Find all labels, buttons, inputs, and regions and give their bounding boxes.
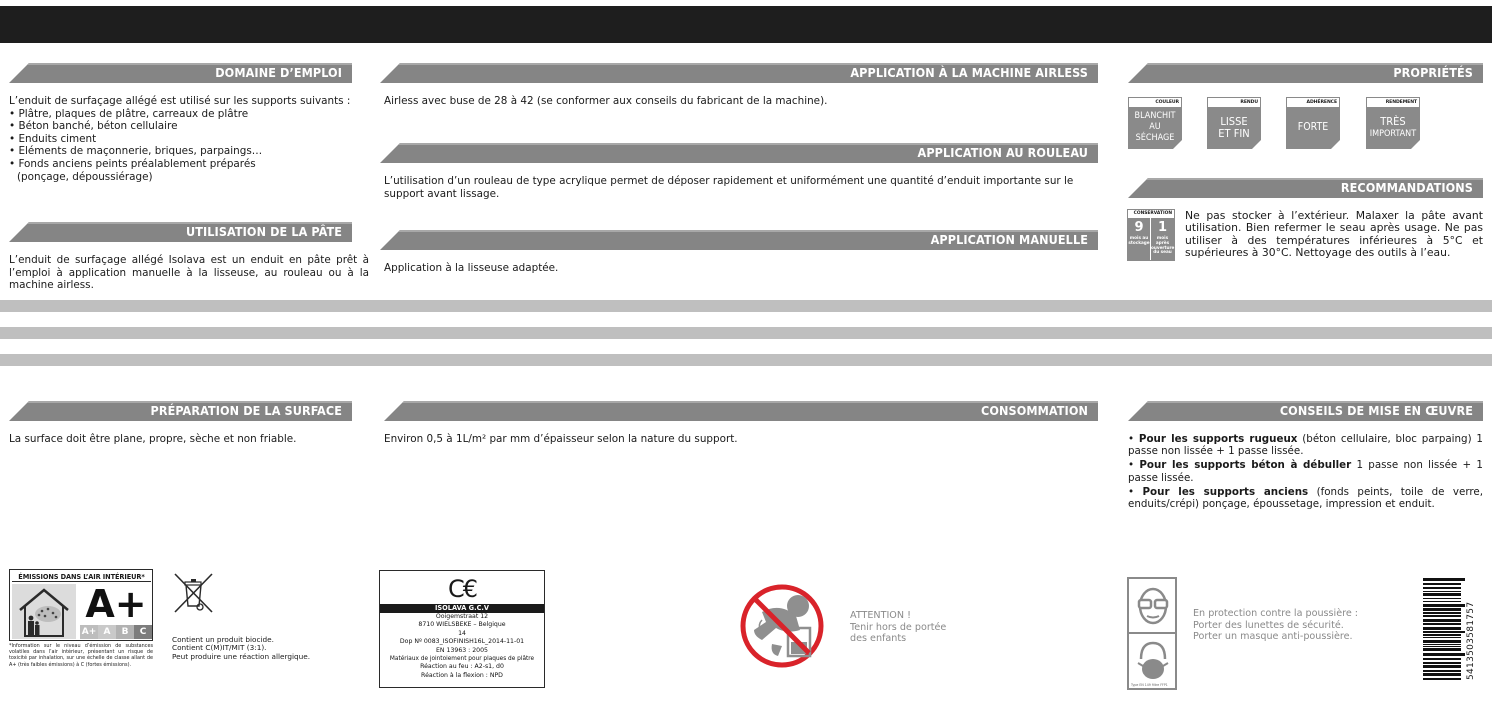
section-title: APPLICATION À LA MACHINE AIRLESS <box>850 65 1088 80</box>
section-header-consommation: CONSOMMATION <box>384 401 1098 421</box>
domaine-list: Plâtre, plaques de plâtre, carreaux de p… <box>9 108 369 184</box>
safety-glasses-icon <box>1135 585 1171 627</box>
page-fold-icon <box>1173 140 1182 149</box>
emissions-title: ÉMISSIONS DANS L’AIR INTÉRIEUR* <box>12 572 151 582</box>
storage-duration: 9 mois au stockage <box>1128 218 1151 260</box>
section-header-rouleau: APPLICATION AU ROULEAU <box>380 143 1098 163</box>
manuelle-text: Application à la lisseuse adaptée. <box>384 262 1094 275</box>
ce-line: Ooigemstraat 12 <box>380 613 544 621</box>
emissions-scale: A+ A B C <box>80 625 152 639</box>
crossed-bin-icon <box>172 571 216 619</box>
barcode-digits: 5413503581757 <box>1465 580 1477 680</box>
conseil-item: • Pour les supports rugueux (béton cellu… <box>1128 433 1483 457</box>
list-item: Enduits ciment <box>9 133 369 146</box>
section-title: DOMAINE D’EMPLOI <box>215 65 342 80</box>
property-caption: RENDU <box>1208 98 1260 107</box>
emissions-label: ÉMISSIONS DANS L’AIR INTÉRIEUR* A+ A+ A … <box>9 569 153 670</box>
section-header-conseils: CONSEILS DE MISE EN ŒUVRE <box>1128 401 1483 421</box>
section-title: CONSOMMATION <box>981 403 1088 418</box>
scale-step: B <box>116 625 134 639</box>
property-caption: RENDEMENT <box>1367 98 1419 107</box>
section-title: CONSEILS DE MISE EN ŒUVRE <box>1280 403 1473 418</box>
section-title: PRÉPARATION DE LA SURFACE <box>150 403 342 418</box>
ce-line: EN 13963 : 2005 <box>380 647 544 655</box>
protection-line: Porter des lunettes de sécurité. <box>1193 620 1358 632</box>
barcode <box>1423 578 1465 680</box>
ppe-divider <box>1129 632 1175 634</box>
property-caption: ADHÉRENCE <box>1287 98 1339 107</box>
biocide-line: Peut produire une réaction allergique. <box>172 653 310 661</box>
warning-line: ATTENTION ! <box>850 610 946 622</box>
preparation-text: La surface doit être plane, propre, sèch… <box>9 433 369 446</box>
utilisation-text: L’enduit de surfaçage allégé Isolava est… <box>9 254 369 292</box>
rouleau-text: L’utilisation d’un rouleau de type acryl… <box>384 175 1104 200</box>
list-item: Fonds anciens peints préalablement prépa… <box>9 158 369 171</box>
top-banner <box>0 6 1492 43</box>
ce-line: Réaction au feu : A2-s1, d0 <box>380 663 544 671</box>
section-header-proprietes: PROPRIÉTÉS <box>1128 63 1483 83</box>
scale-step: C <box>134 625 152 639</box>
property-caption: COULEUR <box>1129 98 1181 107</box>
section-title: UTILISATION DE LA PÂTE <box>186 224 342 239</box>
divider-band <box>0 327 1492 339</box>
ce-line: 14 <box>380 630 544 638</box>
storage-months: 9 <box>1128 220 1150 236</box>
warning-line: Tenir hors de portée <box>850 622 946 634</box>
ce-line: Dop Nº 0083_ISOFINISH16L_2014-11-01 <box>380 638 544 646</box>
conservation-caption: CONSERVATION <box>1128 210 1174 218</box>
ce-line: 8710 WIELSBEKE – Belgique <box>380 621 544 629</box>
opened-label: du seau <box>1151 250 1174 255</box>
protection-line: Porter un masque anti-poussière. <box>1193 631 1358 643</box>
keep-away-from-children-icon <box>740 584 825 669</box>
conservation-badge: CONSERVATION 9 mois au stockage 1 mois a… <box>1127 209 1175 261</box>
property-couleur: COULEUR BLANCHIT AUSÉCHAGE <box>1128 97 1182 149</box>
section-header-domaine: DOMAINE D’EMPLOI <box>9 63 352 83</box>
list-item: (ponçage, dépoussiérage) <box>9 171 369 184</box>
opened-duration: 1 mois après ouverture du seau <box>1151 218 1174 260</box>
ce-line: Réaction à la flexion : NPD <box>380 672 544 680</box>
section-title: PROPRIÉTÉS <box>1393 65 1473 80</box>
page-fold-icon <box>1411 140 1420 149</box>
property-rendu: RENDU LISSEET FIN <box>1207 97 1261 149</box>
warning-line: des enfants <box>850 633 946 645</box>
list-item: Plâtre, plaques de plâtre, carreaux de p… <box>9 108 369 121</box>
section-title: RECOMMANDATIONS <box>1341 180 1473 195</box>
list-item: Béton banché, béton cellulaire <box>9 120 369 133</box>
ce-mark-icon: C€ <box>380 575 544 603</box>
domaine-text: L’enduit de surfaçage allégé est utilisé… <box>9 95 369 183</box>
page-fold-icon <box>1331 140 1340 149</box>
scale-step: A+ <box>80 625 98 639</box>
conseil-item: • Pour les supports béton à débuller 1 p… <box>1128 459 1483 483</box>
biocide-warning: Contient un produit biocide. Contient C(… <box>172 636 310 661</box>
house-icon <box>12 584 76 639</box>
domaine-intro: L’enduit de surfaçage allégé est utilisé… <box>9 95 369 108</box>
storage-label: stockage <box>1128 241 1150 246</box>
recommendations-text: Ne pas stocker à l’extérieur. Malaxer la… <box>1185 210 1483 259</box>
property-rendement: RENDEMENT TRÈSIMPORTANT <box>1366 97 1420 149</box>
emissions-frame: ÉMISSIONS DANS L’AIR INTÉRIEUR* A+ A+ A … <box>9 569 153 641</box>
opened-months: 1 <box>1151 220 1174 236</box>
emissions-rating: A+ <box>80 582 152 624</box>
list-item: Eléments de maçonnerie, briques, parpain… <box>9 145 369 158</box>
children-warning-text: ATTENTION ! Tenir hors de portée des enf… <box>850 610 946 645</box>
airless-text: Airless avec buse de 28 à 42 (se conform… <box>384 95 1094 108</box>
property-adherence: ADHÉRENCE FORTE <box>1286 97 1340 149</box>
divider-band <box>0 300 1492 312</box>
consommation-text: Environ 0,5 à 1L/m² par mm d’épaisseur s… <box>384 433 1094 446</box>
scale-step: A <box>98 625 116 639</box>
ce-company: ISOLAVA G.C.V <box>380 604 544 613</box>
protection-text: En protection contre la poussière : Port… <box>1193 608 1358 643</box>
mask-caption: Type EN 149 filtre FFP1 <box>1131 683 1168 687</box>
divider-band <box>0 354 1492 366</box>
section-header-manuelle: APPLICATION MANUELLE <box>380 230 1098 250</box>
conseils-text: • Pour les supports rugueux (béton cellu… <box>1128 433 1483 510</box>
page-fold-icon <box>1252 140 1261 149</box>
dust-mask-icon <box>1135 639 1171 681</box>
ppe-pictogram: Type EN 149 filtre FFP1 <box>1127 577 1177 690</box>
section-title: APPLICATION AU ROULEAU <box>918 145 1088 160</box>
section-header-preparation: PRÉPARATION DE LA SURFACE <box>9 401 352 421</box>
ce-label: C€ ISOLAVA G.C.V Ooigemstraat 12 8710 WI… <box>379 570 545 688</box>
conseil-item: • Pour les supports anciens (fonds peint… <box>1128 486 1483 510</box>
section-header-utilisation: UTILISATION DE LA PÂTE <box>9 222 352 242</box>
section-title: APPLICATION MANUELLE <box>931 232 1088 247</box>
section-header-airless: APPLICATION À LA MACHINE AIRLESS <box>380 63 1098 83</box>
emissions-note: *Information sur le niveau d’émission de… <box>9 643 153 668</box>
protection-line: En protection contre la poussière : <box>1193 608 1358 620</box>
section-header-recommandations: RECOMMANDATIONS <box>1128 178 1483 198</box>
